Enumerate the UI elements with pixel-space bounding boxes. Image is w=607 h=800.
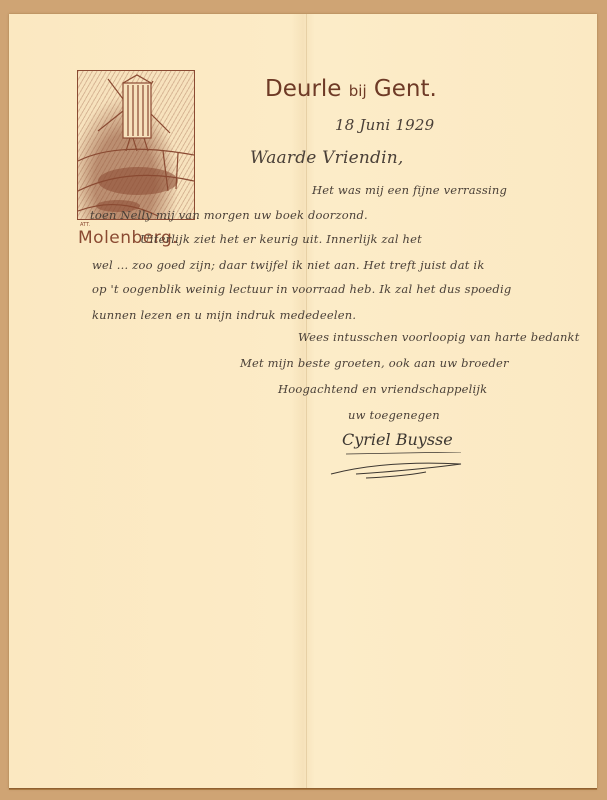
windmill-icon — [78, 71, 194, 219]
body-line: Het was mij een fijne verrassing — [312, 183, 507, 197]
letter-date: 18 Juni 1929 — [335, 116, 434, 134]
letterhead-city: Gent. — [374, 76, 437, 102]
salutation: Waarde Vriendin, — [250, 148, 403, 168]
closing-line: Met mijn beste groeten, ook aan uw broed… — [240, 356, 509, 370]
body-line: toen Nelly mij van morgen uw boek doorzo… — [90, 208, 368, 222]
closing-line: Hoogachtend en vriendschappelijk — [278, 382, 487, 396]
signature: Cyriel Buysse — [342, 430, 453, 449]
letterhead-place: Deurle bij Gent. — [265, 76, 437, 102]
paper-fold-line — [306, 14, 307, 788]
body-line: op 't oogenblik weinig lectuur in voorra… — [92, 282, 511, 296]
windmill-illustration — [77, 70, 195, 220]
letterhead-connector: bij — [349, 82, 367, 100]
body-line: kunnen lezen en u mijn indruk mededeelen… — [92, 308, 356, 322]
body-line: Uiterlijk ziet het er keurig uit. Innerl… — [140, 232, 422, 246]
body-line: wel ... zoo goed zijn; daar twijfel ik n… — [92, 258, 484, 272]
letterhead-village: Deurle — [265, 76, 341, 102]
signature-flourish-icon — [326, 452, 466, 482]
closing-line: uw toegenegen — [348, 408, 440, 422]
body-line: Wees intusschen voorloopig van harte bed… — [298, 330, 580, 344]
